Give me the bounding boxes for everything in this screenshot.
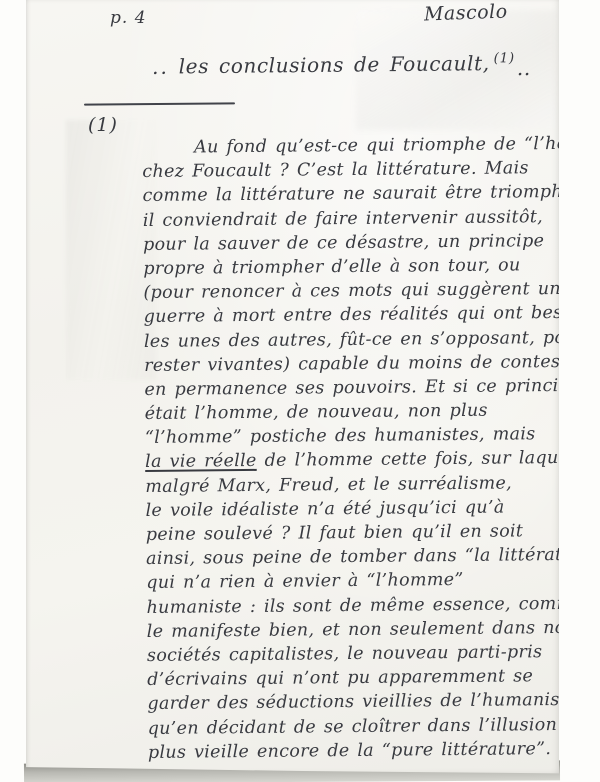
title-underline-rule <box>84 102 235 105</box>
line-text: qu’en décidant de se cloîtrer dans l’ill… <box>148 715 558 739</box>
line-text: pour la sauver de ce désastre, un princi… <box>143 231 544 255</box>
line-text: (pour renoncer à ces mots qui suggèrent … <box>143 279 571 303</box>
title-trailing-dots: .. <box>517 56 531 80</box>
line-text: qui n’a rien à envier à “l’homme” <box>146 570 463 593</box>
manuscript-line: guerre à mort entre des réalités qui ont… <box>144 301 584 329</box>
line-text: il conviendrait de faire intervenir auss… <box>143 207 543 231</box>
line-text: guerre à mort entre des réalités qui ont… <box>144 303 591 327</box>
line-text: rester vivantes) capable du moins de con… <box>144 351 587 375</box>
manuscript-line: la vie réelle de l’homme cette fois, sur… <box>145 446 585 474</box>
manuscript-body: Au fond qu’est-ce qui triomphe de “l’hom… <box>142 132 588 765</box>
line-text: peine soulevé ? Il faut bien qu’il en so… <box>146 521 524 545</box>
manuscript-line: garder des séductions vieillies de l’hum… <box>147 688 587 716</box>
line-text: Au fond qu’est-ce qui triomphe de “l’hom… <box>194 133 600 157</box>
underlined-phrase: la vie réelle <box>145 451 257 472</box>
manuscript-page: p. 4 Mascolo ..les conclusions de Foucau… <box>26 0 559 778</box>
title-leading-dots: .. <box>152 54 169 78</box>
line-text: le voile idéaliste n’a été jusqu’ici qu’… <box>146 497 505 520</box>
line-text: était l’homme, de nouveau, non plus <box>145 401 488 424</box>
line-text: malgré Marx, Freud, et le surréalisme, <box>145 473 512 497</box>
line-text: “l’homme” postiche des humanistes, mais <box>145 424 536 448</box>
title-text: les conclusions de Foucault, <box>179 51 490 78</box>
line-text: de l’homme cette fois, sur laquelle, <box>257 448 598 471</box>
line-text: les unes des autres, fût-ce en s’opposan… <box>144 327 586 351</box>
footnote-reference: (1) <box>494 50 515 66</box>
footnote-marker: (1) <box>88 114 118 136</box>
line-text: comme la littérature ne saurait être tri… <box>142 182 600 206</box>
line-text: humaniste : ils sont de même essence, co… <box>146 593 584 617</box>
line-text: le manifeste bien, et non seulement dans… <box>147 618 575 642</box>
page-title: ..les conclusions de Foucault,(1).. <box>152 50 531 79</box>
page-number: p. 4 <box>110 8 147 28</box>
manuscript-line: en permanence ses pouvoirs. Et si ce pri… <box>144 374 584 402</box>
line-text: sociétés capitalistes, le nouveau parti-… <box>147 642 543 666</box>
line-text: en permanence ses pouvoirs. Et si ce pri… <box>144 376 580 400</box>
line-text: chez Foucault ? C’est la littérature. Ma… <box>142 158 529 182</box>
line-text: ainsi, sous peine de tomber dans “la lit… <box>146 545 600 569</box>
author-signature: Mascolo <box>424 1 508 26</box>
manuscript-line: ainsi, sous peine de tomber dans “la lit… <box>146 543 586 571</box>
line-text: garder des séductions vieillies de l’hum… <box>147 690 587 714</box>
line-text: plus vieille encore de la “pure littérat… <box>148 739 551 763</box>
line-text: d’écrivains qui n’ont pu apparemment se <box>147 666 533 690</box>
manuscript-line: comme la littérature ne saurait être tri… <box>142 180 582 208</box>
line-text: propre à triompher d’elle à son tour, ou <box>143 255 520 279</box>
manuscript-line: plus vieille encore de la “pure littérat… <box>148 736 588 764</box>
